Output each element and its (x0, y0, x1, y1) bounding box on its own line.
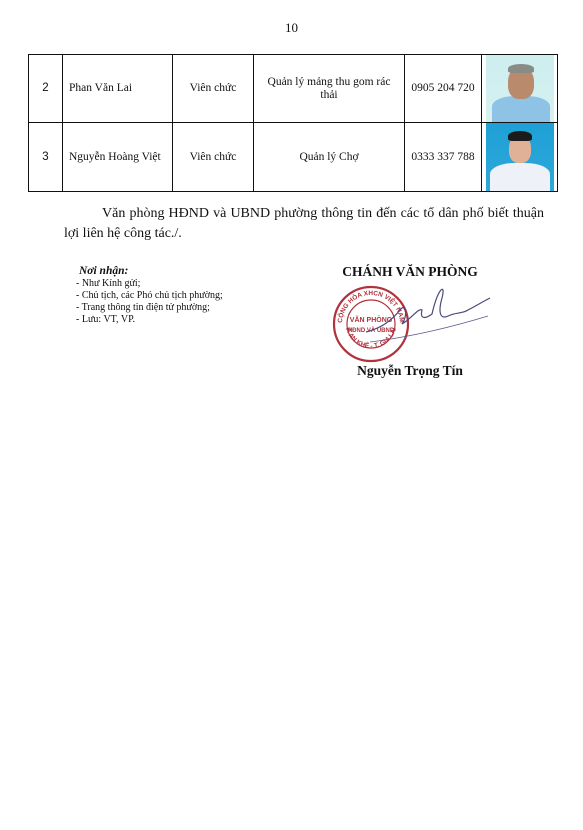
staff-duty: Quản lý Chợ (254, 123, 405, 192)
staff-position: Viên chức (173, 55, 254, 123)
staff-position: Viên chức (173, 123, 254, 192)
signer-name: Nguyễn Trọng Tín (320, 363, 500, 379)
recipient-item: - Như Kính gửi; (76, 278, 223, 290)
recipient-item: - Chủ tịch, các Phó chủ tịch phường; (76, 290, 223, 302)
staff-table: 2 Phan Văn Lai Viên chức Quản lý mảng th… (28, 54, 558, 192)
recipient-item: - Trang thông tin điện tử phường; (76, 302, 223, 314)
recipient-item: - Lưu: VT, VP. (76, 314, 223, 326)
handwritten-signature-icon (362, 280, 492, 350)
recipients-block: Nơi nhận: - Như Kính gửi; - Chủ tịch, cá… (76, 265, 223, 326)
table-row: 2 Phan Văn Lai Viên chức Quản lý mảng th… (29, 55, 558, 123)
portrait-photo (486, 55, 554, 122)
table-row: 3 Nguyễn Hoàng Việt Viên chức Quản lý Ch… (29, 123, 558, 192)
staff-duty: Quản lý mảng thu gom rác thải (254, 55, 405, 123)
staff-photo-cell (482, 55, 558, 123)
signature-title: CHÁNH VĂN PHÒNG (320, 264, 500, 280)
staff-photo-cell (482, 123, 558, 192)
row-number: 2 (29, 55, 63, 123)
page-number: 10 (0, 20, 583, 36)
portrait-photo (486, 123, 554, 191)
staff-phone: 0333 337 788 (405, 123, 482, 192)
body-paragraph: Văn phòng HĐND và UBND phường thông tin … (64, 204, 544, 244)
row-number: 3 (29, 123, 63, 192)
staff-name: Phan Văn Lai (63, 55, 173, 123)
staff-phone: 0905 204 720 (405, 55, 482, 123)
staff-name: Nguyễn Hoàng Việt (63, 123, 173, 192)
recipients-title: Nơi nhận: (79, 265, 223, 277)
